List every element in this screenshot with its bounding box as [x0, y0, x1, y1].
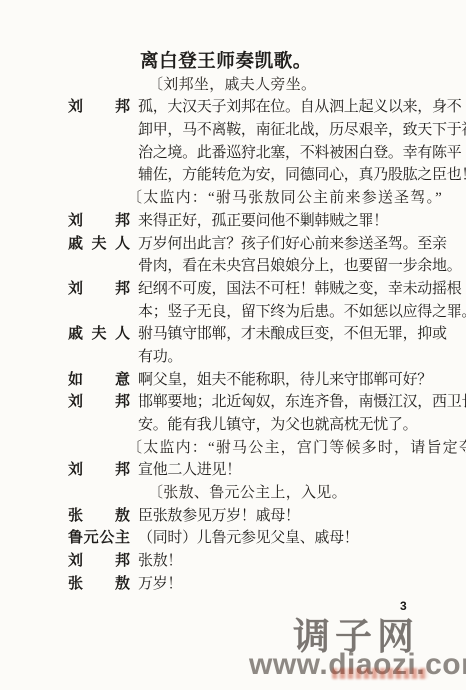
- speaker-name: 刘邦: [68, 550, 130, 573]
- script-line: 有功。: [0, 346, 466, 369]
- line-text: 有功。: [138, 346, 466, 369]
- script-line: 张敖万岁！: [0, 573, 466, 596]
- script-line: 卸甲，马不离鞍，南征北战，历尽艰辛，致天下于初: [0, 119, 466, 142]
- script-line: 本；竖子无良，留下终为后患。不如惩以应得之罪。: [0, 301, 466, 324]
- line-text: 万岁！: [138, 573, 466, 596]
- line-text: 宣他二人进见！: [138, 459, 466, 482]
- speaker-name: 刘邦: [68, 210, 130, 233]
- line-text: 驸马镇守邯郸，才未酿成巨变，不但无罪，抑或: [138, 323, 466, 346]
- line-text: 孤，大汉天子刘邦在位。自从泗上起义以来，身不: [138, 96, 466, 119]
- line-text: 骨肉，看在未央宫吕娘娘分上，也要留一步余地。: [138, 255, 466, 278]
- script-line: 戚夫人驸马镇守邯郸，才未酿成巨变，不但无罪，抑或: [0, 323, 466, 346]
- speaker-name: 如意: [68, 369, 130, 392]
- script-text-block: 离白登王师奏凯歌。〔刘邦坐，戚夫人旁坐。刘邦孤，大汉天子刘邦在位。自从泗上起义以…: [0, 51, 466, 596]
- script-line: 刘邦宣他二人进见！: [0, 459, 466, 482]
- line-text: 离白登王师奏凯歌。: [140, 51, 466, 74]
- script-line: 离白登王师奏凯歌。: [0, 51, 466, 74]
- script-line: 刘邦张敖！: [0, 550, 466, 573]
- line-text: 臣张敖参见万岁！戚母！: [138, 505, 466, 528]
- script-line: 刘邦邯郸要地；北近匈奴，东连齐鲁，南慑江汉，西卫长: [0, 391, 466, 414]
- script-line: 鲁元公主（同时）儿鲁元参见父皇、戚母！: [0, 527, 466, 550]
- script-line: 骨肉，看在未央宫吕娘娘分上，也要留一步余地。: [0, 255, 466, 278]
- line-text: 〔张敖、鲁元公主上，入见。: [148, 482, 466, 505]
- script-line: 刘邦来得正好，孤正要问他不剿韩贼之罪！: [0, 210, 466, 233]
- line-text: 治之境。此番巡狩北塞，不料被困白登。幸有陈平: [138, 142, 466, 165]
- script-line: 如意啊父皇，姐夫不能称职，待儿来守邯郸可好？: [0, 369, 466, 392]
- line-text: 〔太监内：“驸马张敖同公主前来参送圣驾。”: [127, 187, 466, 210]
- book-page: 离白登王师奏凯歌。〔刘邦坐，戚夫人旁坐。刘邦孤，大汉天子刘邦在位。自从泗上起义以…: [0, 0, 466, 690]
- line-text: （同时）儿鲁元参见父皇、戚母！: [138, 527, 466, 550]
- script-line: 刘邦孤，大汉天子刘邦在位。自从泗上起义以来，身不: [0, 96, 466, 119]
- line-text: 安。能有我儿镇守，为父也就高枕无忧了。: [138, 414, 466, 437]
- script-line: 〔太监内：“驸马公主，宫门等候多时，请旨定夺！”: [0, 437, 466, 460]
- line-text: 纪纲不可废，国法不可枉！韩贼之变，幸未动摇根: [138, 278, 466, 301]
- speaker-name: 张敖: [68, 573, 130, 596]
- line-text: 辅佐，方能转危为安，同德同心，真乃股肱之臣也！: [138, 164, 466, 187]
- speaker-name: 刘邦: [68, 96, 130, 119]
- line-text: 万岁何出此言？孩子们好心前来参送圣驾。至亲: [138, 233, 466, 256]
- speaker-name: 戚夫人: [68, 233, 130, 256]
- line-text: 〔刘邦坐，戚夫人旁坐。: [148, 74, 466, 97]
- script-line: 〔太监内：“驸马张敖同公主前来参送圣驾。”: [0, 187, 466, 210]
- line-text: 〔太监内：“驸马公主，宫门等候多时，请旨定夺！”: [127, 437, 466, 460]
- script-line: 安。能有我儿镇守，为父也就高枕无忧了。: [0, 414, 466, 437]
- line-text: 邯郸要地；北近匈奴，东连齐鲁，南慑江汉，西卫长: [138, 391, 466, 414]
- script-line: 〔刘邦坐，戚夫人旁坐。: [0, 74, 466, 97]
- speaker-name: 鲁元公主: [68, 527, 130, 550]
- script-line: 戚夫人万岁何出此言？孩子们好心前来参送圣驾。至亲: [0, 233, 466, 256]
- line-text: 张敖！: [138, 550, 466, 573]
- script-line: 〔张敖、鲁元公主上，入见。: [0, 482, 466, 505]
- speaker-name: 戚夫人: [68, 323, 130, 346]
- red-stamp-smudge: [332, 668, 428, 679]
- speaker-name: 张敖: [68, 505, 130, 528]
- line-text: 本；竖子无良，留下终为后患。不如惩以应得之罪。: [138, 301, 466, 324]
- line-text: 啊父皇，姐夫不能称职，待儿来守邯郸可好？: [138, 369, 466, 392]
- line-text: 来得正好，孤正要问他不剿韩贼之罪！: [138, 210, 466, 233]
- script-line: 治之境。此番巡狩北塞，不料被困白登。幸有陈平: [0, 142, 466, 165]
- script-line: 刘邦纪纲不可废，国法不可枉！韩贼之变，幸未动摇根: [0, 278, 466, 301]
- speaker-name: 刘邦: [68, 278, 130, 301]
- line-text: 卸甲，马不离鞍，南征北战，历尽艰辛，致天下于初: [138, 119, 466, 142]
- script-line: 张敖臣张敖参见万岁！戚母！: [0, 505, 466, 528]
- script-line: 辅佐，方能转危为安，同德同心，真乃股肱之臣也！: [0, 164, 466, 187]
- speaker-name: 刘邦: [68, 391, 130, 414]
- speaker-name: 刘邦: [68, 459, 130, 482]
